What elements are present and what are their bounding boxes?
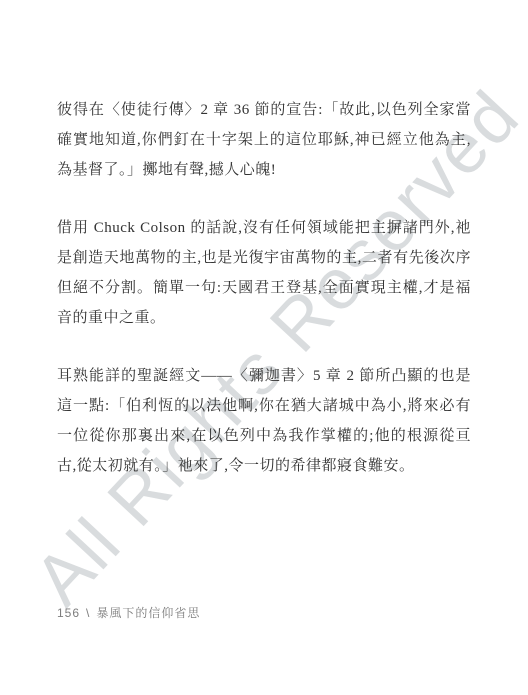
paragraph-chuck-colson-quote: 借用 Chuck Colson 的話說,沒有任何領域能把主摒諸門外,祂是創造天地… xyxy=(57,213,471,333)
paragraph-acts-declaration: 彼得在〈使徒行傳〉2 章 36 節的宣告:「故此,以色列全家當確實地知道,你們釘… xyxy=(57,95,471,185)
page-footer: 156\暴風下的信仰省思 xyxy=(57,604,200,621)
page-number: 156 xyxy=(57,606,80,620)
book-page: All Rights Reserved 彼得在〈使徒行傳〉2 章 36 節的宣告… xyxy=(0,0,528,695)
page-content: 彼得在〈使徒行傳〉2 章 36 節的宣告:「故此,以色列全家當確實地知道,你們釘… xyxy=(57,95,471,481)
book-title: 暴風下的信仰省思 xyxy=(96,606,200,620)
paragraph-micah-verse: 耳熟能詳的聖誕經文——〈彌迦書〉5 章 2 節所凸顯的也是這一點:「伯利恆的以法… xyxy=(57,361,471,481)
footer-separator: \ xyxy=(86,606,90,620)
